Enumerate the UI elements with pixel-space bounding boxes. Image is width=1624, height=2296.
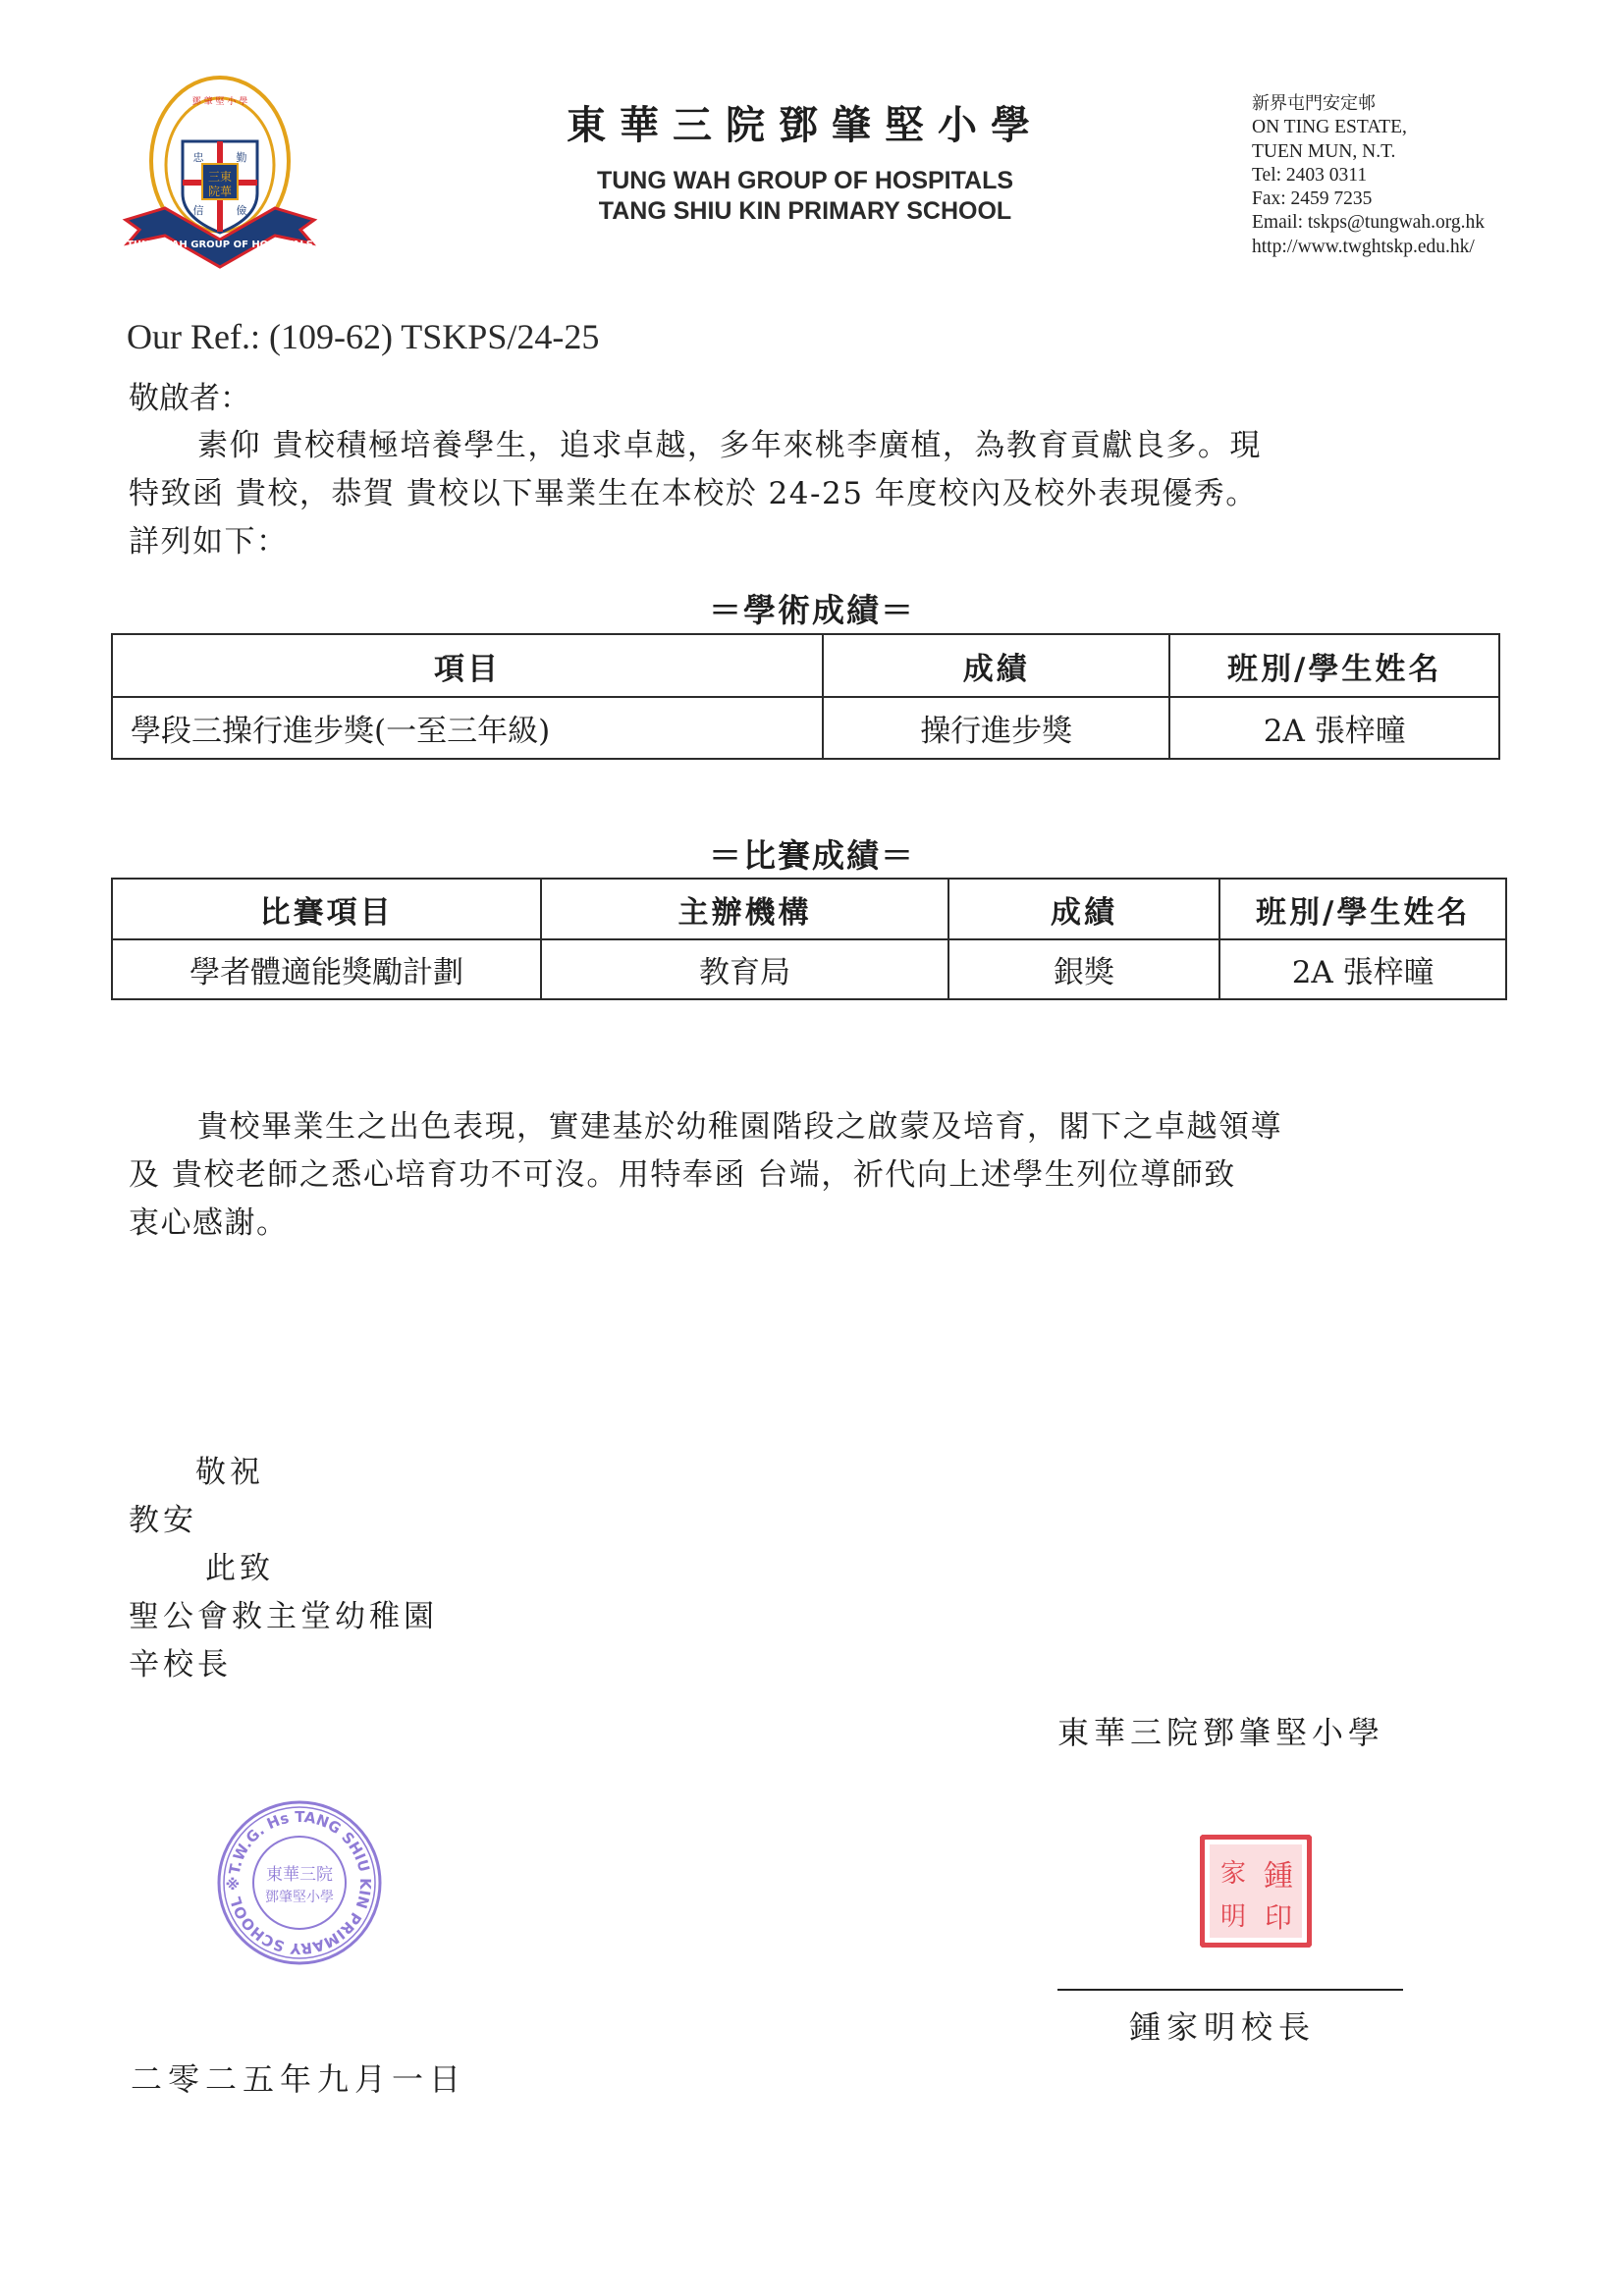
svg-text:家: 家 bbox=[1220, 1859, 1246, 1889]
svg-text:TUNG WAH GROUP OF HOSPITALS: TUNG WAH GROUP OF HOSPITALS bbox=[127, 240, 313, 250]
paragraph-line: 及 貴校老師之悉心培育功不可沒。用特奉函 台端，祈代向上述學生列位導師致 bbox=[129, 1151, 1508, 1200]
paragraph-line: 貴校畢業生之出色表現，實建基於幼稚園階段之啟蒙及培育，閣下之卓越領導 bbox=[129, 1103, 1508, 1151]
salutation: 敬啟者： bbox=[129, 375, 250, 423]
address-english-line2: TUEN MUN, N.T. bbox=[1252, 140, 1485, 164]
paragraph-text: 詳列如下： bbox=[129, 524, 289, 560]
cell-organizer: 教育局 bbox=[541, 939, 947, 999]
school-name-english-line2: TANG SHIU KIN PRIMARY SCHOOL bbox=[511, 197, 1100, 226]
opening-paragraph: 素仰 貴校積極培養學生，追求卓越，多年來桃李廣植，為教育貢獻良多。現 特致函 貴… bbox=[129, 422, 1508, 566]
closing-paragraph: 貴校畢業生之出色表現，實建基於幼稚園階段之啟蒙及培育，閣下之卓越領導 及 貴校老… bbox=[129, 1103, 1508, 1248]
column-header-competition: 比賽項目 bbox=[112, 879, 541, 939]
table-header-row: 比賽項目 主辦機構 成績 班別/學生姓名 bbox=[112, 879, 1506, 939]
email-link[interactable]: Email: tskps@tungwah.org.hk bbox=[1252, 211, 1485, 235]
paragraph-line: 衷心感謝。 bbox=[129, 1200, 1508, 1248]
svg-text:鄧 肇 堅 小 學: 鄧 肇 堅 小 學 bbox=[192, 95, 247, 107]
signature-line bbox=[1057, 1989, 1403, 1991]
school-stamp-icon: T.W.G. Hs TANG SHIU KIN PRIMARY SCHOOL ※… bbox=[216, 1799, 383, 1966]
academic-section-title: ＝學術成績＝ bbox=[0, 585, 1624, 631]
column-header-organizer: 主辦機構 bbox=[541, 879, 947, 939]
school-name-english-line1: TUNG WAH GROUP OF HOSPITALS bbox=[511, 167, 1100, 195]
paragraph-text: 素仰 貴校積極培養學生，追求卓越，多年來桃李廣植，為教育貢獻良多。現 bbox=[197, 428, 1262, 463]
paragraph-line: 詳列如下： bbox=[129, 518, 1508, 566]
contact-block: 新界屯門安定邨 ON TING ESTATE, TUEN MUN, N.T. T… bbox=[1252, 92, 1485, 259]
column-header-class-student: 班別/學生姓名 bbox=[1169, 634, 1499, 697]
letter-date: 二零二五年九月一日 bbox=[131, 2055, 466, 2100]
closing-block: 敬祝 教安 此致 聖公會救主堂幼稚園 辛校長 bbox=[129, 1449, 438, 1689]
svg-text:印: 印 bbox=[1265, 1901, 1292, 1934]
svg-text:勤: 勤 bbox=[237, 150, 247, 164]
address-chinese: 新界屯門安定邨 bbox=[1252, 92, 1485, 116]
website-link[interactable]: http://www.twghtskp.edu.hk/ bbox=[1252, 236, 1485, 259]
signature-school-name: 東華三院鄧肇堅小學 bbox=[1057, 1708, 1384, 1753]
table-row: 學段三操行進步獎(一至三年級) 操行進步獎 2A 張梓曈 bbox=[112, 697, 1499, 759]
svg-text:忠: 忠 bbox=[193, 150, 205, 164]
paragraph-text: 及 貴校老師之悉心培育功不可沒。用特奉函 台端，祈代向上述學生列位導師致 bbox=[129, 1157, 1236, 1193]
fax: Fax: 2459 7235 bbox=[1252, 187, 1485, 211]
closing-to: 此致 bbox=[129, 1545, 438, 1593]
paragraph-line: 素仰 貴校積極培養學生，追求卓越，多年來桃李廣植，為教育貢獻良多。現 bbox=[129, 422, 1508, 470]
recipient-person: 辛校長 bbox=[129, 1641, 438, 1689]
table-row: 學者體適能獎勵計劃 教育局 銀獎 2A 張梓曈 bbox=[112, 939, 1506, 999]
svg-text:儉: 儉 bbox=[237, 203, 247, 217]
principal-name: 鍾家明校長 bbox=[1129, 2002, 1316, 2048]
column-header-class-student: 班別/學生姓名 bbox=[1219, 879, 1506, 939]
telephone: Tel: 2403 0311 bbox=[1252, 164, 1485, 187]
academic-results-table: 項目 成績 班別/學生姓名 學段三操行進步獎(一至三年級) 操行進步獎 2A 張… bbox=[111, 633, 1500, 760]
column-header-result: 成績 bbox=[823, 634, 1169, 697]
cell-class-student: 2A 張梓曈 bbox=[1219, 939, 1506, 999]
svg-text:信: 信 bbox=[193, 203, 204, 217]
table-header-row: 項目 成績 班別/學生姓名 bbox=[112, 634, 1499, 697]
svg-text:鄧肇堅小學: 鄧肇堅小學 bbox=[265, 1889, 334, 1905]
svg-text:院華: 院華 bbox=[208, 184, 232, 198]
paragraph-text: 衷心感謝。 bbox=[129, 1205, 289, 1241]
paragraph-text: 特致函 貴校，恭賀 貴校以下畢業生在本校於 24-25 年度校內及校外表現優秀。 bbox=[129, 476, 1258, 511]
cell-class-student: 2A 張梓曈 bbox=[1169, 697, 1499, 759]
school-name-chinese: 東華三院鄧肇堅小學 bbox=[550, 94, 1060, 150]
principal-seal-icon: 鍾 家 明 印 bbox=[1200, 1835, 1312, 1948]
cell-result: 操行進步獎 bbox=[823, 697, 1169, 759]
column-header-item: 項目 bbox=[112, 634, 823, 697]
closing-wish-target: 教安 bbox=[129, 1497, 438, 1545]
svg-text:三東: 三東 bbox=[208, 170, 232, 184]
svg-text:鍾: 鍾 bbox=[1264, 1859, 1293, 1894]
competition-section-title: ＝比賽成績＝ bbox=[0, 830, 1624, 877]
school-crest-icon: 三東 院華 忠 勤 信 儉 TUNG WAH GROUP OF HOSPITAL… bbox=[116, 71, 322, 277]
svg-text:明: 明 bbox=[1220, 1902, 1246, 1932]
svg-text:東華三院: 東華三院 bbox=[266, 1865, 333, 1885]
recipient-organization: 聖公會救主堂幼稚園 bbox=[129, 1593, 438, 1641]
paragraph-text: 貴校畢業生之出色表現，實建基於幼稚園階段之啟蒙及培育，閣下之卓越領導 bbox=[197, 1109, 1282, 1145]
cell-result: 銀獎 bbox=[948, 939, 1220, 999]
closing-wish: 敬祝 bbox=[129, 1449, 438, 1497]
column-header-result: 成績 bbox=[948, 879, 1220, 939]
reference-number: Our Ref.: (109-62) TSKPS/24-25 bbox=[127, 316, 599, 357]
paragraph-line: 特致函 貴校，恭賀 貴校以下畢業生在本校於 24-25 年度校內及校外表現優秀。 bbox=[129, 470, 1508, 518]
cell-competition: 學者體適能獎勵計劃 bbox=[112, 939, 541, 999]
address-english-line1: ON TING ESTATE, bbox=[1252, 116, 1485, 139]
cell-item: 學段三操行進步獎(一至三年級) bbox=[112, 697, 823, 759]
competition-results-table: 比賽項目 主辦機構 成績 班別/學生姓名 學者體適能獎勵計劃 教育局 銀獎 2A… bbox=[111, 878, 1507, 1000]
